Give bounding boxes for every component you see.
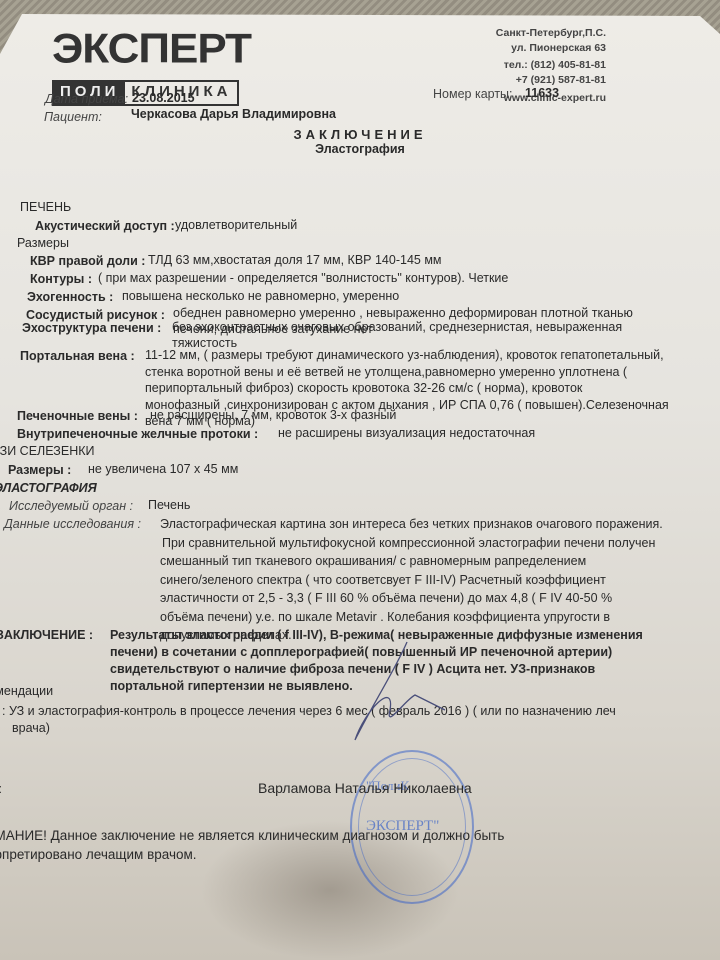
disclaimer: ВНИМАНИЕ! Данное заключение не является …: [0, 826, 504, 864]
kvr-label: КВР правой доли :: [30, 254, 145, 268]
contact-phone-1: тел.: (812) 405-81-81: [496, 58, 606, 73]
contact-street: ул. Пионерская 63: [496, 41, 606, 56]
sizes-heading: Размеры: [17, 236, 69, 250]
date-value: 23.08.2015: [132, 91, 195, 105]
text-line: ВНИМАНИЕ! Данное заключение не является …: [0, 826, 504, 845]
text-line: Эластографическая картина зон интереса б…: [160, 515, 663, 534]
patient-label: Пациент:: [44, 110, 102, 124]
text-line: 11-12 мм, ( размеры требуют динамическог…: [145, 347, 669, 364]
hepatic-veins-label: Печеночные вены :: [17, 409, 138, 423]
document-subtitle: Эластография: [0, 142, 720, 156]
text-line: При сравнительной мультифокусной компрес…: [160, 534, 663, 553]
section-elastography: ЭЛАСТОГРАФИЯ: [0, 481, 97, 495]
bile-ducts-label: Внутрипеченочные желчные протоки :: [17, 427, 258, 441]
date-label: Дата приема:: [45, 92, 128, 106]
contours-value: ( при мах разрешении - определяется "вол…: [98, 271, 508, 285]
text-line: эластичности от 2,5 - 3,3 ( F III 60 % о…: [160, 589, 663, 608]
text-line: перипортальный фиброз) скорость кровоток…: [145, 380, 669, 397]
recommendations-heading: Рекомендации: [0, 684, 53, 698]
text-line: врача): [2, 720, 616, 737]
recommendations-text: : УЗ и эластография-контроль в процессе …: [2, 703, 616, 737]
doctor-label: Врач:: [0, 782, 2, 796]
doctor-name: Варламова Наталья Николаевна: [258, 780, 472, 796]
study-data-label: Данные исследования :: [4, 517, 141, 531]
structure-label: Эхоструктура печени :: [22, 321, 161, 335]
conclusion-label: ЗАКЛЮЧЕНИЕ :: [0, 628, 93, 642]
section-liver: ПЕЧЕНЬ: [20, 200, 71, 214]
spleen-size-label: Размеры :: [8, 463, 71, 477]
bile-ducts-value: не расширены визуализация недостаточная: [278, 426, 535, 440]
hepatic-veins-value: не расширены, 7 мм, кровоток 3-х фазный: [150, 408, 396, 422]
card-value: 11633: [525, 86, 559, 100]
text-line: интерпретировано лечащим врачом.: [0, 845, 504, 864]
text-line: объёма печени) у.е. по шкале Metavir . К…: [160, 608, 663, 627]
organ-value: Печень: [148, 498, 190, 512]
echo-value: повышена несколько не равномерно, умерен…: [122, 289, 399, 303]
document-title: ЗАКЛЮЧЕНИЕ: [0, 127, 720, 142]
organ-label: Исследуемый орган :: [9, 499, 133, 513]
access-label: Акустический доступ :: [35, 219, 175, 233]
text-line: : УЗ и эластография-контроль в процессе …: [2, 703, 616, 720]
clinic-logo-title: ЭКСПЕРТ: [52, 25, 251, 73]
access-value: удовлетворительный: [175, 218, 297, 232]
contact-city: Санкт-Петербург,П.С.: [496, 26, 606, 41]
portal-label: Портальная вена :: [20, 349, 135, 363]
text-line: синего/зеленого спектра ( что соответсву…: [160, 571, 663, 590]
vascular-label: Сосудистый рисунок :: [26, 308, 165, 322]
contours-label: Контуры :: [30, 272, 92, 286]
patient-name: Черкасова Дарья Владимировна: [131, 107, 336, 121]
section-spleen: УЗИ СЕЛЕЗЕНКИ: [0, 444, 94, 458]
spleen-size-value: не увеличена 107 х 45 мм: [88, 462, 238, 476]
text-line: стенка воротной вены и её ветвей не утол…: [145, 364, 669, 381]
echo-label: Эхогенность :: [27, 290, 113, 304]
card-label: Номер карты:: [433, 87, 513, 101]
study-data-value: Эластографическая картина зон интереса б…: [160, 515, 663, 645]
text-line: смешанный тип тканевого окрашивания/ с р…: [160, 552, 663, 571]
kvr-value: ТЛД 63 мм,хвостатая доля 17 мм, КВР 140-…: [148, 253, 442, 267]
text-line: без эхоконтрастных очаговых образований,…: [172, 320, 622, 336]
